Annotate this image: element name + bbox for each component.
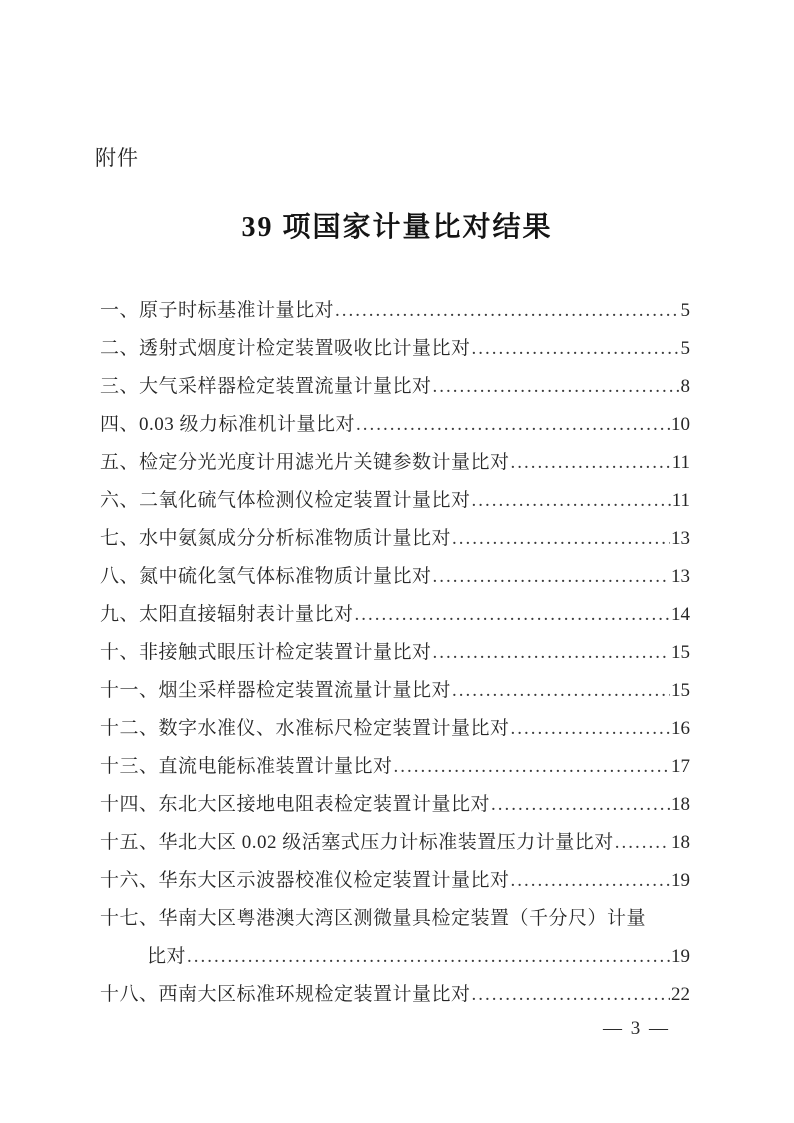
toc-leader-dots	[510, 710, 670, 748]
toc-entry: 十七、华南大区粤港澳大湾区测微量具检定装置（千分尺）计量	[100, 900, 690, 938]
toc-leader-dots	[471, 976, 670, 1014]
toc-entry-page: 16	[670, 710, 690, 748]
toc-entry: 一、原子时标基准计量比对5	[100, 292, 690, 330]
toc-entry-page: 5	[680, 330, 691, 368]
toc-entry-label: 九、太阳直接辐射表计量比对	[100, 596, 354, 634]
toc-entry: 七、水中氨氮成分分析标准物质计量比对13	[100, 520, 690, 558]
toc-entry-label: 七、水中氨氮成分分析标准物质计量比对	[100, 520, 451, 558]
toc-entry: 十四、东北大区接地电阻表检定装置计量比对18	[100, 786, 690, 824]
toc-entry: 五、检定分光光度计用滤光片关键参数计量比对11	[100, 444, 690, 482]
toc-entry-label: 三、大气采样器检定装置流量计量比对	[100, 368, 432, 406]
toc-entry-page: 18	[670, 786, 690, 824]
toc-entry-label: 十二、数字水准仪、水准标尺检定装置计量比对	[100, 710, 510, 748]
toc-leader-dots	[471, 330, 680, 368]
toc-entry-label: 十三、直流电能标准装置计量比对	[100, 748, 393, 786]
toc-entry: 十六、华东大区示波器校准仪检定装置计量比对19	[100, 862, 690, 900]
toc-entry-page: 5	[680, 292, 691, 330]
toc-entry-label: 六、二氧化硫气体检测仪检定装置计量比对	[100, 482, 471, 520]
toc-entry-label: 十七、华南大区粤港澳大湾区测微量具检定装置（千分尺）计量	[100, 900, 690, 938]
toc-entry: 十一、烟尘采样器检定装置流量计量比对15	[100, 672, 690, 710]
toc-entry-label: 二、透射式烟度计检定装置吸收比计量比对	[100, 330, 471, 368]
toc-leader-dots	[432, 558, 670, 596]
toc-entry-label: 八、氮中硫化氢气体标准物质计量比对	[100, 558, 432, 596]
toc-entry-page: 15	[670, 672, 690, 710]
toc-entry-page: 19	[670, 938, 690, 976]
toc-leader-dots	[614, 824, 670, 862]
toc-entry-label: 五、检定分光光度计用滤光片关键参数计量比对	[100, 444, 510, 482]
toc-entry-page: 13	[670, 520, 690, 558]
toc-entry: 二、透射式烟度计检定装置吸收比计量比对5	[100, 330, 690, 368]
toc-entry: 六、二氧化硫气体检测仪检定装置计量比对11	[100, 482, 690, 520]
toc-entry: 三、大气采样器检定装置流量计量比对8	[100, 368, 690, 406]
toc-leader-dots	[510, 862, 670, 900]
toc-leader-dots	[354, 596, 670, 634]
toc-entry-label-continuation: 比对	[147, 938, 186, 976]
toc-entry-label: 十八、西南大区标准环规检定装置计量比对	[100, 976, 471, 1014]
toc-entry-page: 11	[671, 482, 690, 520]
toc-leader-dots	[471, 482, 671, 520]
toc-entry-page: 10	[670, 406, 690, 444]
footer-page-number: — 3 —	[603, 1018, 670, 1040]
toc-entry-page: 14	[670, 596, 690, 634]
toc-leader-dots	[432, 368, 680, 406]
toc-entry: 十、非接触式眼压计检定装置计量比对15	[100, 634, 690, 672]
toc-entry: 十五、华北大区 0.02 级活塞式压力计标准装置压力计量比对18	[100, 824, 690, 862]
toc-entry-label: 四、0.03 级力标准机计量比对	[100, 406, 355, 444]
toc: 一、原子时标基准计量比对5二、透射式烟度计检定装置吸收比计量比对5三、大气采样器…	[100, 292, 690, 1014]
toc-entry-page: 18	[670, 824, 690, 862]
toc-entry-label: 一、原子时标基准计量比对	[100, 292, 334, 330]
toc-entry: 八、氮中硫化氢气体标准物质计量比对13	[100, 558, 690, 596]
toc-leader-dots	[451, 672, 670, 710]
toc-entry-label: 十四、东北大区接地电阻表检定装置计量比对	[100, 786, 490, 824]
toc-entry-page: 13	[670, 558, 690, 596]
attachment-label: 附件	[95, 142, 139, 172]
toc-leader-dots	[490, 786, 670, 824]
toc-entry: 比对19	[100, 938, 690, 976]
toc-leader-dots	[432, 634, 670, 672]
toc-leader-dots	[393, 748, 670, 786]
toc-entry: 十八、西南大区标准环规检定装置计量比对22	[100, 976, 690, 1014]
toc-leader-dots	[186, 938, 670, 976]
toc-entry-label: 十一、烟尘采样器检定装置流量计量比对	[100, 672, 451, 710]
toc-entry-label: 十五、华北大区 0.02 级活塞式压力计标准装置压力计量比对	[100, 824, 614, 862]
toc-entry: 十二、数字水准仪、水准标尺检定装置计量比对16	[100, 710, 690, 748]
toc-entry: 九、太阳直接辐射表计量比对14	[100, 596, 690, 634]
toc-entry-page: 22	[670, 976, 690, 1014]
toc-leader-dots	[355, 406, 670, 444]
toc-leader-dots	[510, 444, 671, 482]
toc-entry-page: 17	[670, 748, 690, 786]
toc-leader-dots	[451, 520, 670, 558]
toc-leader-dots	[334, 292, 679, 330]
page-title: 39 项国家计量比对结果	[0, 205, 794, 245]
toc-entry-label: 十、非接触式眼压计检定装置计量比对	[100, 634, 432, 672]
document-page: 附件 39 项国家计量比对结果 一、原子时标基准计量比对5二、透射式烟度计检定装…	[0, 0, 794, 1123]
toc-entry: 四、0.03 级力标准机计量比对10	[100, 406, 690, 444]
toc-entry-page: 11	[671, 444, 690, 482]
toc-entry-page: 15	[670, 634, 690, 672]
toc-entry-label: 十六、华东大区示波器校准仪检定装置计量比对	[100, 862, 510, 900]
toc-entry-page: 8	[680, 368, 691, 406]
toc-entry-page: 19	[670, 862, 690, 900]
toc-entry: 十三、直流电能标准装置计量比对17	[100, 748, 690, 786]
